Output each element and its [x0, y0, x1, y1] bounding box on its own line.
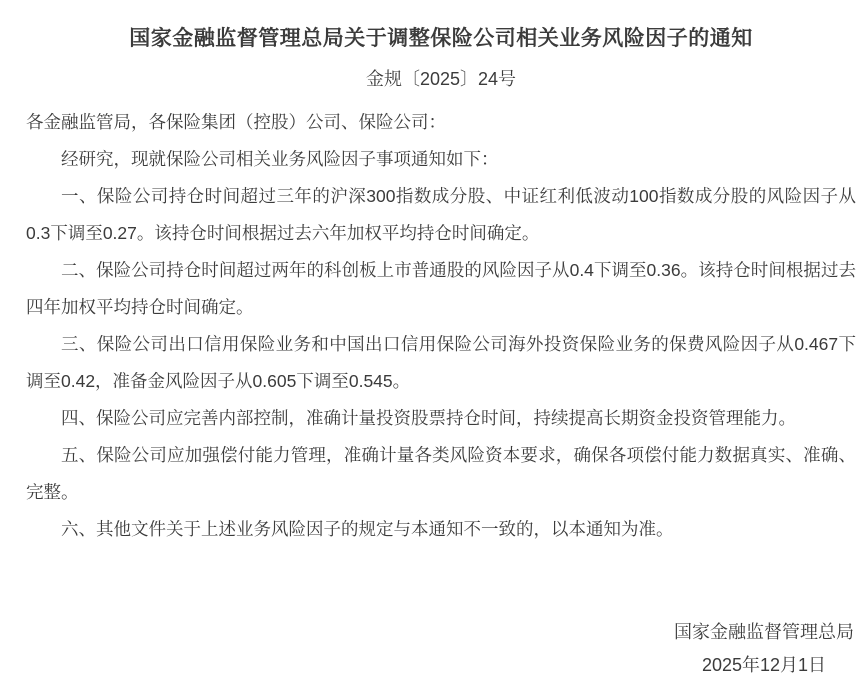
item-paragraph-3: 三、保险公司出口信用保险业务和中国出口信用保险公司海外投资保险业务的保费风险因子… — [26, 326, 856, 400]
item-paragraph-6: 六、其他文件关于上述业务风险因子的规定与本通知不一致的，以本通知为准。 — [26, 511, 856, 548]
intro-paragraph: 经研究，现就保险公司相关业务风险因子事项通知如下： — [26, 141, 856, 178]
document-number: 金规〔2025〕24号 — [26, 66, 856, 92]
item-paragraph-2: 二、保险公司持仓时间超过两年的科创板上市普通股的风险因子从0.4下调至0.36。… — [26, 252, 856, 326]
item-paragraph-4: 四、保险公司应完善内部控制，准确计量投资股票持仓时间，持续提高长期资金投资管理能… — [26, 400, 856, 437]
salutation-line: 各金融监管局，各保险集团（控股）公司、保险公司： — [26, 104, 856, 141]
item-paragraph-5: 五、保险公司应加强偿付能力管理，准确计量各类风险资本要求，确保各项偿付能力数据真… — [26, 437, 856, 511]
document-title: 国家金融监督管理总局关于调整保险公司相关业务风险因子的通知 — [26, 24, 856, 54]
notice-document-page: 国家金融监督管理总局关于调整保险公司相关业务风险因子的通知 金规〔2025〕24… — [0, 0, 865, 678]
signature-block: 国家金融监督管理总局 2025年12月1日 — [674, 616, 856, 678]
issue-date: 2025年12月1日 — [702, 649, 826, 678]
item-paragraph-1: 一、保险公司持仓时间超过三年的沪深300指数成分股、中证红利低波动100指数成分… — [26, 178, 856, 252]
document-body: 各金融监管局，各保险集团（控股）公司、保险公司： 经研究，现就保险公司相关业务风… — [26, 104, 856, 548]
issuing-authority: 国家金融监督管理总局 — [674, 616, 854, 649]
